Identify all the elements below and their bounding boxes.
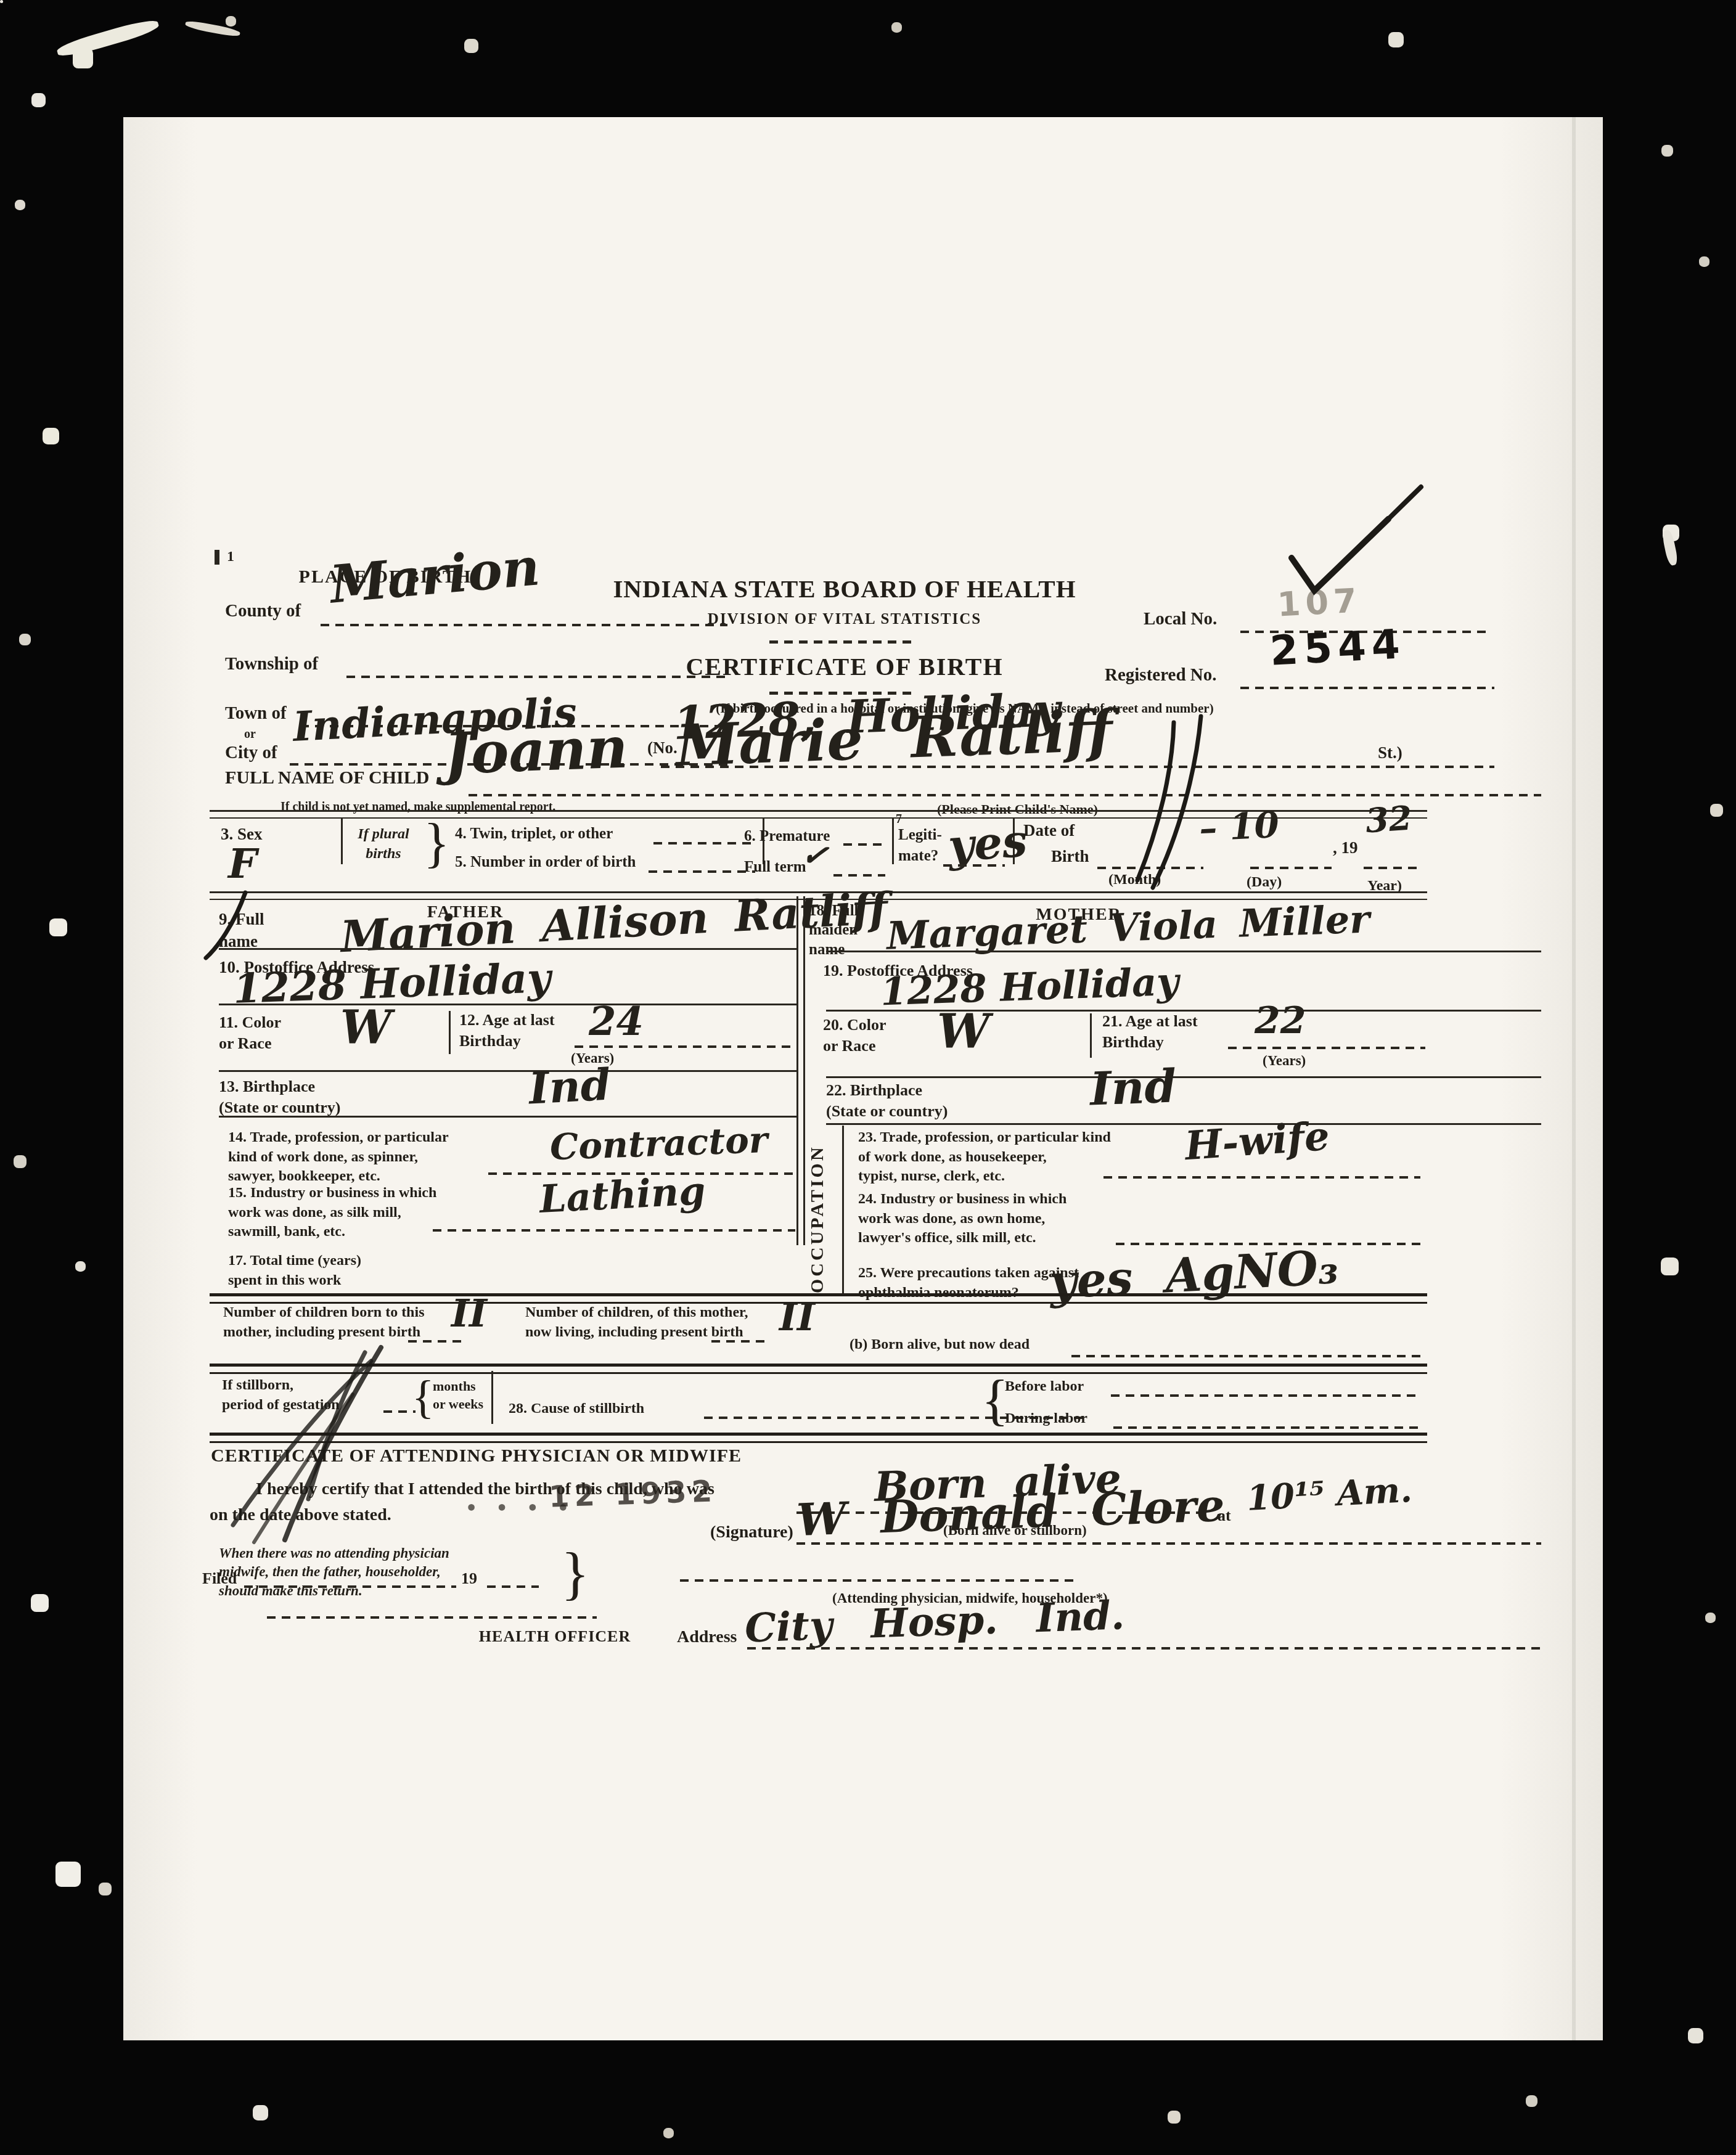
father-trade-label: 14. Trade, profession, or particular kin… bbox=[228, 1128, 449, 1187]
film-streak bbox=[55, 17, 160, 60]
child-name-label: FULL NAME OF CHILD bbox=[225, 766, 429, 790]
dash-line bbox=[843, 843, 885, 846]
brace-glyph: } bbox=[561, 1539, 589, 1607]
rule-line bbox=[219, 1116, 797, 1118]
cell-divider bbox=[449, 1011, 451, 1054]
signature-value: W Donald Clore bbox=[796, 1483, 1226, 1542]
dash-line bbox=[1250, 867, 1332, 869]
time-value: 10¹⁵ Am. bbox=[1246, 1473, 1413, 1516]
mother-address-value: 1228 Holliday bbox=[880, 963, 1179, 1012]
rule-line bbox=[219, 1004, 797, 1005]
father-age-value: 24 bbox=[589, 1002, 644, 1042]
father-name-label: 9. Full name bbox=[219, 909, 264, 952]
film-streak bbox=[185, 20, 241, 38]
county-value: Marion bbox=[328, 541, 542, 610]
mother-age-value: 22 bbox=[1255, 1002, 1306, 1039]
dash-line bbox=[747, 1647, 1541, 1650]
dash-line bbox=[1097, 867, 1203, 869]
children-born-label: Number of children born to this mother, … bbox=[223, 1303, 424, 1342]
mother-trade-label: 23. Trade, profession, or particular kin… bbox=[858, 1128, 1111, 1187]
township-label: Township of bbox=[225, 652, 318, 676]
cause-stillbirth-label: 28. Cause of stillbirth bbox=[509, 1399, 644, 1419]
film-speckles bbox=[0, 0, 3, 3]
mother-years-label: (Years) bbox=[1263, 1052, 1306, 1070]
dash-line bbox=[711, 1340, 767, 1343]
cell-divider bbox=[1090, 1013, 1092, 1058]
dash-line bbox=[649, 870, 755, 873]
dash-line bbox=[244, 1585, 456, 1588]
father-industry-label: 15. Industry or business in which work w… bbox=[228, 1184, 436, 1242]
children-living-label: Number of children, of this mother, now … bbox=[525, 1303, 748, 1342]
dash-line bbox=[433, 1229, 795, 1232]
or-label: or bbox=[244, 726, 256, 742]
certificate-title: CERTIFICATE OF BIRTH bbox=[610, 651, 1079, 684]
heavy-rule bbox=[210, 1293, 1427, 1304]
full-term-label: Full term bbox=[744, 857, 806, 877]
father-trade-value: Contractor bbox=[549, 1122, 768, 1165]
registered-no-label: Registered No. bbox=[1105, 663, 1216, 687]
mother-birthplace-label: 22. Birthplace (State or country) bbox=[826, 1080, 948, 1122]
dash-line bbox=[487, 1585, 539, 1588]
born-now-dead-label: (b) Born alive, but now dead bbox=[850, 1335, 1030, 1355]
scanned-page: 1 PLACE OF BIRTH County of Marion Townsh… bbox=[0, 0, 1736, 2155]
column-divider bbox=[892, 817, 894, 864]
filed-year-prefix: 19 bbox=[461, 1568, 477, 1589]
during-labor-label: During labor bbox=[1005, 1409, 1087, 1429]
signature-label: (Signature) bbox=[710, 1521, 793, 1544]
legitimate-label2: mate? bbox=[898, 846, 938, 866]
ornament-rule bbox=[769, 640, 917, 644]
street-suffix-label: St.) bbox=[1378, 742, 1402, 764]
dash-line bbox=[408, 1340, 464, 1343]
physician-cert-title: CERTIFICATE OF ATTENDING PHYSICIAN OR MI… bbox=[211, 1444, 742, 1468]
legitimate-value: yes bbox=[947, 819, 1029, 869]
dob-label2: Birth bbox=[1051, 846, 1089, 868]
registered-no-stamp: 2544 bbox=[1269, 620, 1406, 674]
filed-label: Filed bbox=[202, 1568, 237, 1589]
brace-glyph: } bbox=[424, 812, 449, 875]
dob-year-value: 32 bbox=[1364, 801, 1413, 837]
father-industry-value: Lathing bbox=[539, 1172, 706, 1219]
dash-line bbox=[383, 1410, 416, 1413]
dash-line bbox=[1364, 867, 1418, 869]
town-label: Town of bbox=[225, 701, 287, 725]
film-streak bbox=[1661, 529, 1679, 566]
order-label: 5. Number in order of birth bbox=[455, 852, 636, 872]
dash-line bbox=[1103, 1176, 1420, 1179]
father-address-value: 1228 Holliday bbox=[232, 957, 552, 1009]
dash-line bbox=[1111, 1394, 1419, 1397]
father-birthplace-label: 13. Birthplace (State or country) bbox=[219, 1076, 340, 1119]
legitimate-label: Legiti- bbox=[898, 825, 942, 845]
dash-line bbox=[267, 1616, 597, 1619]
father-time-label: 17. Total time (years) spent in this wor… bbox=[228, 1251, 361, 1290]
dash-line bbox=[680, 1579, 1078, 1582]
certificate-paper: 1 PLACE OF BIRTH County of Marion Townsh… bbox=[123, 117, 1603, 2040]
dash-line bbox=[653, 842, 755, 844]
address-label: Address bbox=[677, 1626, 737, 1649]
corner-mark: 1 bbox=[227, 547, 234, 567]
page-fold bbox=[1572, 117, 1576, 2040]
day-label: (Day) bbox=[1247, 873, 1282, 893]
occupation-box-divider bbox=[842, 1126, 844, 1294]
dob-label1: Date of bbox=[1023, 820, 1075, 842]
cell-divider bbox=[491, 1371, 493, 1424]
months-weeks-label: months or weeks bbox=[433, 1377, 483, 1413]
board-title: INDIANA STATE BOARD OF HEALTH bbox=[610, 572, 1079, 605]
date-stamp: 12 1932 bbox=[548, 1474, 718, 1514]
dash-line bbox=[796, 1542, 1541, 1545]
date-stated-text: on the date above stated. bbox=[210, 1504, 391, 1527]
division-subtitle: DIVISION OF VITAL STATISTICS bbox=[610, 609, 1079, 629]
mother-trade-value: H-wife bbox=[1184, 1117, 1331, 1166]
stillborn-label: If stillborn, period of gestation bbox=[222, 1376, 340, 1415]
plural-births-label: If plural births bbox=[345, 825, 422, 864]
month-label: (Month) bbox=[1108, 870, 1161, 890]
dash-line bbox=[1113, 1426, 1419, 1429]
father-race-value: W bbox=[340, 1005, 391, 1050]
heavy-rule bbox=[210, 1433, 1427, 1443]
column-divider bbox=[341, 817, 343, 864]
sex-value: F bbox=[228, 843, 257, 884]
pen-flourishes bbox=[123, 117, 1603, 2040]
heavy-rule bbox=[210, 1364, 1427, 1374]
rule-line bbox=[826, 1076, 1541, 1078]
no-physician-note: When there was no attending physician mi… bbox=[219, 1544, 449, 1600]
mother-age-label: 21. Age at last Birthday bbox=[1102, 1011, 1198, 1053]
mother-birthplace-value: Ind bbox=[1089, 1064, 1177, 1113]
local-no-stamp: 107 bbox=[1276, 581, 1362, 624]
address-value: City Hosp. Ind. bbox=[744, 1596, 1125, 1648]
dash-line bbox=[1228, 1047, 1425, 1049]
dash-line bbox=[1071, 1355, 1424, 1357]
father-birthplace-value: Ind bbox=[528, 1063, 612, 1111]
children-born-value: II bbox=[451, 1294, 487, 1333]
mother-race-label: 20. Color or Race bbox=[823, 1015, 886, 1057]
dash-line bbox=[575, 1045, 795, 1048]
before-labor-label: Before labor bbox=[1005, 1377, 1084, 1397]
full-term-check: ✓ bbox=[800, 838, 830, 873]
edge-mark bbox=[215, 550, 219, 565]
father-race-label: 11. Color or Race bbox=[219, 1012, 281, 1055]
local-no-label: Local No. bbox=[1144, 607, 1217, 631]
county-label: County of bbox=[225, 599, 301, 623]
dob-day-value: – 10 bbox=[1198, 807, 1280, 847]
twin-label: 4. Twin, triplet, or other bbox=[455, 824, 613, 844]
children-living-value: II bbox=[779, 1298, 815, 1336]
rule-line bbox=[219, 948, 797, 950]
occupation-vertical-label: OCCUPATION bbox=[805, 1133, 830, 1293]
rule-line bbox=[219, 1070, 797, 1072]
center-column-divider bbox=[796, 896, 805, 1245]
mother-industry-label: 24. Industry or business in which work w… bbox=[858, 1190, 1067, 1248]
city-label: City of bbox=[225, 741, 277, 764]
brace-glyph: { bbox=[412, 1371, 434, 1425]
dash-line bbox=[943, 864, 1005, 867]
father-age-label: 12. Age at last Birthday bbox=[459, 1010, 555, 1052]
dash-line bbox=[1240, 687, 1494, 689]
rule-line bbox=[826, 951, 1541, 952]
dash-line bbox=[469, 794, 1541, 796]
dob-year-prefix: , 19 bbox=[1333, 837, 1358, 859]
health-officer-label: HEALTH OFFICER bbox=[432, 1626, 678, 1647]
dash-line bbox=[833, 874, 885, 877]
mother-race-value: W bbox=[937, 1008, 989, 1055]
